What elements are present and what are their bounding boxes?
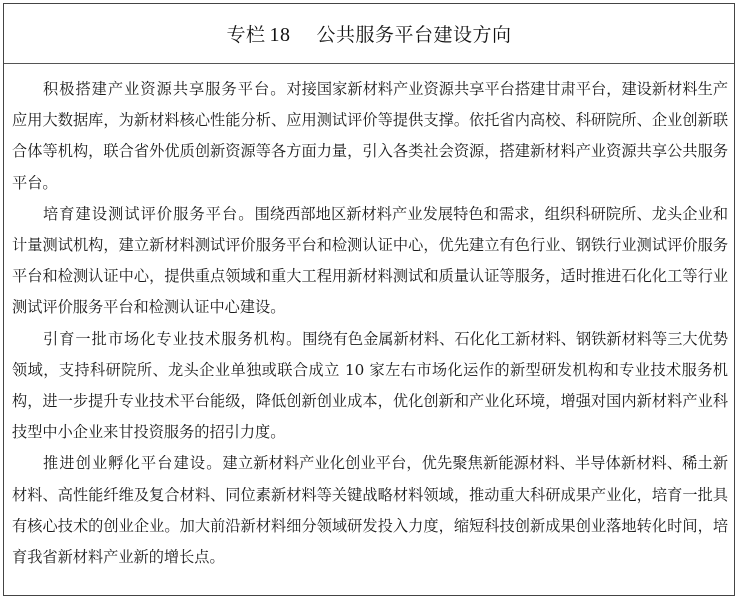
column-label: 专栏	[226, 24, 265, 46]
paragraph-lead: 推进创业孵化平台建设。	[43, 454, 223, 472]
paragraph-testing-evaluation: 培育建设测试评价服务平台。围绕西部地区新材料产业发展特色和需求，组织科研院所、龙…	[12, 199, 728, 324]
paragraph-incubation: 推进创业孵化平台建设。建立新材料产业化创业平台，优先聚焦新能源材料、半导体新材料…	[12, 448, 728, 573]
paragraph-lead: 培育建设测试评价服务平台。	[43, 205, 255, 223]
column-box: 专栏18公共服务平台建设方向 积极搭建产业资源共享服务平台。对接国家新材料产业资…	[3, 3, 735, 596]
column-title-text: 公共服务平台建设方向	[317, 24, 512, 46]
column-title: 专栏18公共服务平台建设方向	[226, 20, 511, 47]
paragraph-lead: 引育一批市场化专业技术服务机构。	[43, 330, 302, 348]
column-content: 积极搭建产业资源共享服务平台。对接国家新材料产业资源共享平台搭建甘肃平台，建设新…	[12, 74, 728, 573]
paragraph-lead: 积极搭建产业资源共享服务平台。	[43, 80, 286, 98]
column-header: 专栏18公共服务平台建设方向	[4, 4, 734, 64]
column-number: 18	[270, 24, 291, 46]
paragraph-service-institutions: 引育一批市场化专业技术服务机构。围绕有色金属新材料、石化化工新材料、钢铁新材料等…	[12, 324, 728, 449]
paragraph-resource-sharing: 积极搭建产业资源共享服务平台。对接国家新材料产业资源共享平台搭建甘肃平台，建设新…	[12, 74, 728, 199]
